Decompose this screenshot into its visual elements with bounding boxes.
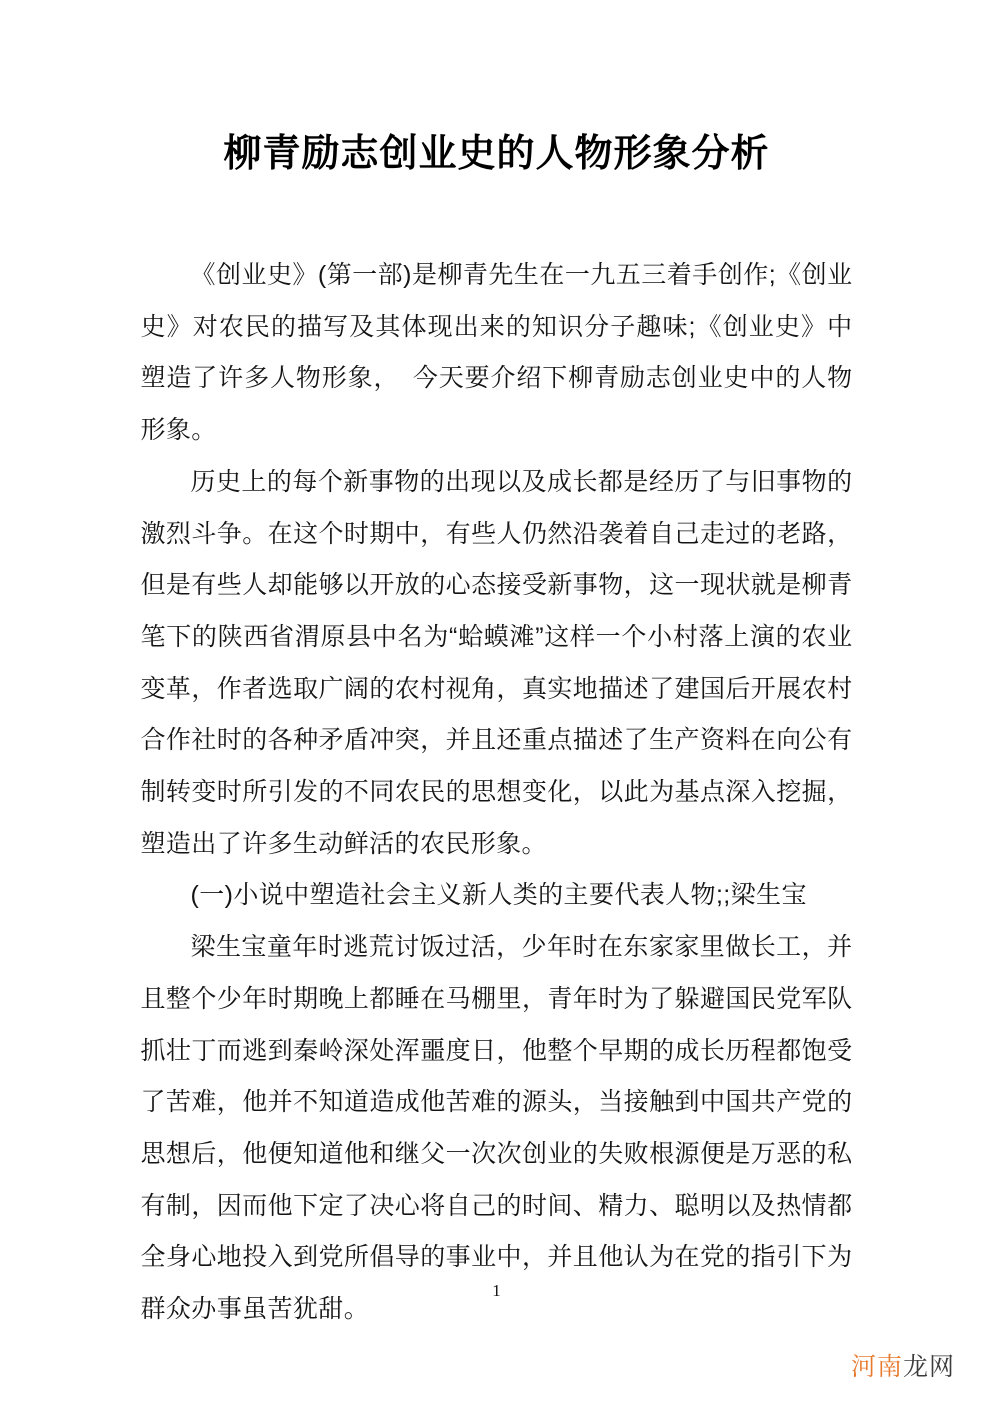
section-heading-liang-shengbao: (一)小说中塑造社会主义新人类的主要代表人物;;梁生宝 (141, 870, 853, 922)
watermark-suffix: 龙网 (903, 1353, 955, 1381)
paragraph-liang-shengbao: 梁生宝童年时逃荒讨饭过活，少年时在东家家里做长工，并且整个少年时期晚上都睡在马棚… (141, 922, 853, 1336)
document-page: 柳青励志创业史的人物形象分析 《创业史》(第一部)是柳青先生在一九五三着手创作;… (0, 0, 993, 1404)
paragraph-history: 历史上的每个新事物的出现以及成长都是经历了与旧事物的激烈斗争。在这个时期中，有些… (141, 457, 853, 871)
paragraph-intro: 《创业史》(第一部)是柳青先生在一九五三着手创作;《创业史》对农民的描写及其体现… (141, 250, 853, 457)
watermark-prefix: 河南 (851, 1353, 903, 1381)
document-body: 《创业史》(第一部)是柳青先生在一九五三着手创作;《创业史》对农民的描写及其体现… (141, 250, 853, 1336)
page-number: 1 (0, 1281, 993, 1301)
page-title: 柳青励志创业史的人物形象分析 (0, 0, 993, 178)
watermark-henan-longwang: 河南龙网 (851, 1352, 955, 1382)
